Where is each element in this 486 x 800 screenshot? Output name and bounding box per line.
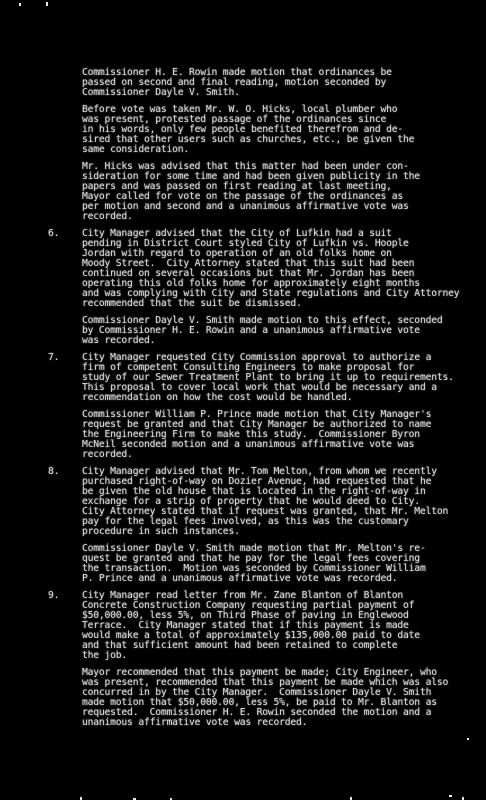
item-paragraph: City Manager advised that Mr. Tom Melton…: [82, 467, 472, 537]
item-number: 8.: [48, 467, 82, 477]
item-body: City Manager read letter from Mr. Zane B…: [82, 591, 472, 735]
item-body: City Manager advised that the City of Lu…: [82, 229, 472, 353]
agenda-item-9: 9. City Manager read letter from Mr. Zan…: [48, 591, 472, 735]
item-paragraph: Mayor recommended that this payment be m…: [82, 668, 472, 728]
scan-artifact: [449, 795, 452, 797]
intro-paragraph-hicks-protest: Before vote was taken Mr. W. O. Hicks, l…: [82, 105, 472, 155]
intro-paragraph-motion-ordinances: Commissioner H. E. Rowin made motion tha…: [82, 68, 472, 98]
intro-paragraph-vote-recorded: Mr. Hicks was advised that this matter h…: [82, 162, 472, 222]
item-body: City Manager requested City Commission a…: [82, 353, 472, 467]
item-number: 6.: [48, 229, 82, 239]
item-paragraph: Commissioner Dayle V. Smith made motion …: [82, 316, 472, 346]
agenda-item-7: 7. City Manager requested City Commissio…: [48, 353, 472, 467]
item-paragraph: City Manager read letter from Mr. Zane B…: [82, 591, 472, 661]
item-paragraph: Commissioner Dayle V. Smith made motion …: [82, 544, 472, 584]
item-body: City Manager advised that Mr. Tom Melton…: [82, 467, 472, 591]
scan-artifact: [467, 738, 469, 740]
scanned-minutes-page: Commissioner H. E. Rowin made motion tha…: [0, 0, 486, 800]
document-text-block: Commissioner H. E. Rowin made motion tha…: [48, 68, 472, 735]
scan-artifact: [46, 2, 48, 6]
item-number: 7.: [48, 353, 82, 363]
item-number: 9.: [48, 591, 82, 601]
item-paragraph: Commissioner William P. Prince made moti…: [82, 410, 472, 460]
agenda-item-8: 8. City Manager advised that Mr. Tom Mel…: [48, 467, 472, 591]
item-paragraph: City Manager requested City Commission a…: [82, 353, 472, 403]
agenda-item-6: 6. City Manager advised that the City of…: [48, 229, 472, 353]
scan-artifact: [19, 3, 21, 6]
item-paragraph: City Manager advised that the City of Lu…: [82, 229, 472, 309]
